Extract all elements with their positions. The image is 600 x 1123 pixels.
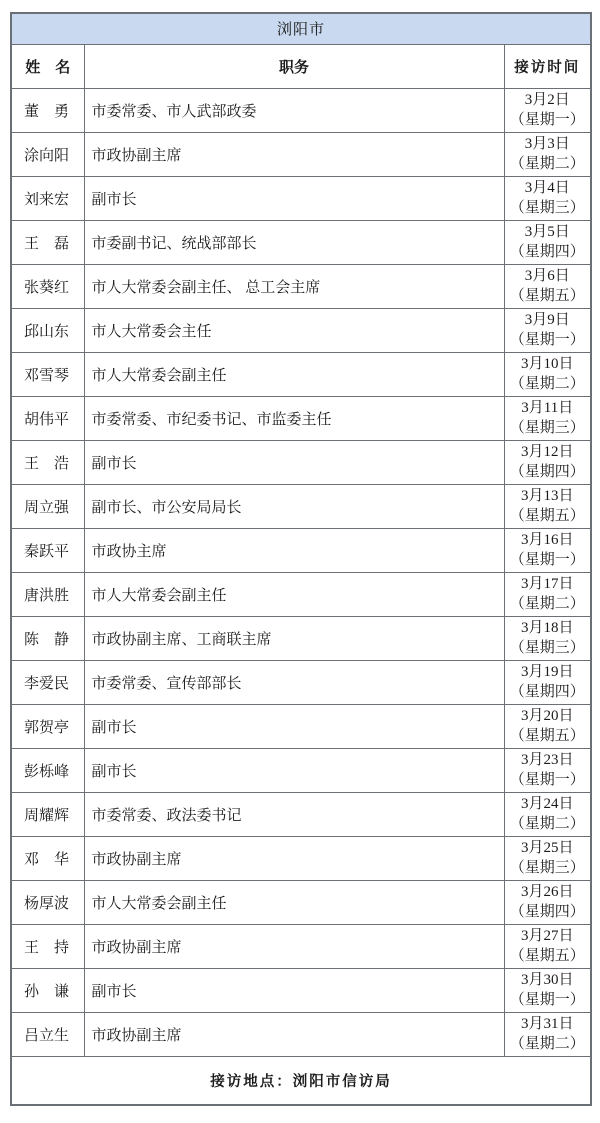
visit-date: 3月2日 xyxy=(505,90,591,110)
visit-weekday: （星期五） xyxy=(505,946,591,966)
visit-time-cell: 3月19日 （星期四） xyxy=(504,660,591,704)
person-position: 市人大常委会副主任、 总工会主席 xyxy=(84,264,504,308)
visit-time-cell: 3月13日 （星期五） xyxy=(504,484,591,528)
table-row: 董 勇 市委常委、市人武部政委 3月2日 （星期一） xyxy=(11,88,591,132)
visit-weekday: （星期一） xyxy=(505,110,591,130)
visit-time-cell: 3月20日 （星期五） xyxy=(504,704,591,748)
person-position: 市政协副主席 xyxy=(84,132,504,176)
visit-weekday: （星期四） xyxy=(505,462,591,482)
column-header-name: 姓 名 xyxy=(11,44,84,88)
person-name: 孙 谦 xyxy=(11,968,84,1012)
person-position: 市委副书记、统战部部长 xyxy=(84,220,504,264)
person-name: 邓雪琴 xyxy=(11,352,84,396)
person-position: 副市长 xyxy=(84,968,504,1012)
visit-date: 3月25日 xyxy=(505,838,591,858)
visit-weekday: （星期四） xyxy=(505,682,591,702)
person-position: 副市长 xyxy=(84,440,504,484)
visit-weekday: （星期四） xyxy=(505,242,591,262)
person-position: 市人大常委会主任 xyxy=(84,308,504,352)
visit-date: 3月26日 xyxy=(505,882,591,902)
person-position: 市人大常委会副主任 xyxy=(84,880,504,924)
table-row: 吕立生 市政协副主席 3月31日 （星期二） xyxy=(11,1012,591,1056)
person-position: 副市长 xyxy=(84,176,504,220)
table-row: 周耀辉 市委常委、政法委书记 3月24日 （星期二） xyxy=(11,792,591,836)
visit-weekday: （星期五） xyxy=(505,726,591,746)
person-name: 张葵红 xyxy=(11,264,84,308)
visit-date: 3月6日 xyxy=(505,266,591,286)
table-row: 杨厚波 市人大常委会副主任 3月26日 （星期四） xyxy=(11,880,591,924)
visit-time-cell: 3月18日 （星期三） xyxy=(504,616,591,660)
table-row: 邓 华 市政协副主席 3月25日 （星期三） xyxy=(11,836,591,880)
table-row: 彭栎峰 副市长 3月23日 （星期一） xyxy=(11,748,591,792)
person-name: 周立强 xyxy=(11,484,84,528)
column-header-time: 接访时间 xyxy=(504,44,591,88)
visit-time-cell: 3月17日 （星期二） xyxy=(504,572,591,616)
visit-date: 3月13日 xyxy=(505,486,591,506)
visit-weekday: （星期二） xyxy=(505,374,591,394)
person-position: 市委常委、政法委书记 xyxy=(84,792,504,836)
visit-weekday: （星期二） xyxy=(505,154,591,174)
footer-row: 接访地点：浏阳市信访局 xyxy=(11,1056,591,1105)
table-row: 王 浩 副市长 3月12日 （星期四） xyxy=(11,440,591,484)
person-name: 王 浩 xyxy=(11,440,84,484)
table-row: 涂向阳 市政协副主席 3月3日 （星期二） xyxy=(11,132,591,176)
city-title-row: 浏阳市 xyxy=(11,13,591,44)
table-row: 胡伟平 市委常委、市纪委书记、市监委主任 3月11日 （星期三） xyxy=(11,396,591,440)
visit-weekday: （星期一） xyxy=(505,770,591,790)
table-row: 孙 谦 副市长 3月30日 （星期一） xyxy=(11,968,591,1012)
person-position: 副市长 xyxy=(84,704,504,748)
visit-time-cell: 3月3日 （星期二） xyxy=(504,132,591,176)
person-position: 市政协副主席 xyxy=(84,836,504,880)
person-name: 胡伟平 xyxy=(11,396,84,440)
table-row: 刘来宏 副市长 3月4日 （星期三） xyxy=(11,176,591,220)
person-position: 副市长 xyxy=(84,748,504,792)
person-position: 市政协副主席 xyxy=(84,924,504,968)
visit-time-cell: 3月2日 （星期一） xyxy=(504,88,591,132)
table-row: 王 持 市政协副主席 3月27日 （星期五） xyxy=(11,924,591,968)
visit-time-cell: 3月9日 （星期一） xyxy=(504,308,591,352)
visit-time-cell: 3月10日 （星期二） xyxy=(504,352,591,396)
visit-date: 3月5日 xyxy=(505,222,591,242)
table-row: 郭贺亭 副市长 3月20日 （星期五） xyxy=(11,704,591,748)
visit-date: 3月19日 xyxy=(505,662,591,682)
person-position: 市委常委、市纪委书记、市监委主任 xyxy=(84,396,504,440)
visit-date: 3月11日 xyxy=(505,398,591,418)
person-name: 杨厚波 xyxy=(11,880,84,924)
person-name: 董 勇 xyxy=(11,88,84,132)
visit-weekday: （星期一） xyxy=(505,330,591,350)
table-row: 张葵红 市人大常委会副主任、 总工会主席 3月6日 （星期五） xyxy=(11,264,591,308)
table-row: 王 磊 市委副书记、统战部部长 3月5日 （星期四） xyxy=(11,220,591,264)
visit-time-cell: 3月11日 （星期三） xyxy=(504,396,591,440)
visit-time-cell: 3月30日 （星期一） xyxy=(504,968,591,1012)
visit-time-cell: 3月31日 （星期二） xyxy=(504,1012,591,1056)
column-header-position: 职务 xyxy=(84,44,504,88)
document-page: 浏阳市 姓 名 职务 接访时间 董 勇 市委常委、市人武部政委 3月2日 （星期… xyxy=(0,0,600,1123)
person-position: 副市长、市公安局局长 xyxy=(84,484,504,528)
visit-date: 3月24日 xyxy=(505,794,591,814)
visit-date: 3月20日 xyxy=(505,706,591,726)
person-name: 王 持 xyxy=(11,924,84,968)
visit-weekday: （星期一） xyxy=(505,550,591,570)
table-row: 李爱民 市委常委、宣传部部长 3月19日 （星期四） xyxy=(11,660,591,704)
visit-date: 3月10日 xyxy=(505,354,591,374)
visit-weekday: （星期三） xyxy=(505,638,591,658)
visit-weekday: （星期三） xyxy=(505,418,591,438)
visit-time-cell: 3月27日 （星期五） xyxy=(504,924,591,968)
person-name: 刘来宏 xyxy=(11,176,84,220)
person-name: 涂向阳 xyxy=(11,132,84,176)
visit-time-cell: 3月5日 （星期四） xyxy=(504,220,591,264)
person-name: 李爱民 xyxy=(11,660,84,704)
person-name: 王 磊 xyxy=(11,220,84,264)
reception-location: 接访地点：浏阳市信访局 xyxy=(11,1056,591,1105)
visit-weekday: （星期三） xyxy=(505,198,591,218)
person-name: 周耀辉 xyxy=(11,792,84,836)
table-row: 邓雪琴 市人大常委会副主任 3月10日 （星期二） xyxy=(11,352,591,396)
table-row: 秦跃平 市政协主席 3月16日 （星期一） xyxy=(11,528,591,572)
visit-date: 3月9日 xyxy=(505,310,591,330)
visit-time-cell: 3月25日 （星期三） xyxy=(504,836,591,880)
visit-time-cell: 3月26日 （星期四） xyxy=(504,880,591,924)
visit-time-cell: 3月12日 （星期四） xyxy=(504,440,591,484)
visit-weekday: （星期一） xyxy=(505,990,591,1010)
visit-date: 3月12日 xyxy=(505,442,591,462)
visit-date: 3月18日 xyxy=(505,618,591,638)
visit-time-cell: 3月16日 （星期一） xyxy=(504,528,591,572)
person-name: 彭栎峰 xyxy=(11,748,84,792)
visit-date: 3月31日 xyxy=(505,1014,591,1034)
visit-weekday: （星期二） xyxy=(505,1034,591,1054)
person-position: 市政协副主席 xyxy=(84,1012,504,1056)
visit-date: 3月27日 xyxy=(505,926,591,946)
person-position: 市政协主席 xyxy=(84,528,504,572)
person-position: 市政协副主席、工商联主席 xyxy=(84,616,504,660)
visit-date: 3月3日 xyxy=(505,134,591,154)
visit-time-cell: 3月24日 （星期二） xyxy=(504,792,591,836)
visit-time-cell: 3月6日 （星期五） xyxy=(504,264,591,308)
visit-weekday: （星期二） xyxy=(505,594,591,614)
person-position: 市委常委、市人武部政委 xyxy=(84,88,504,132)
person-position: 市人大常委会副主任 xyxy=(84,572,504,616)
visit-time-cell: 3月4日 （星期三） xyxy=(504,176,591,220)
visit-date: 3月16日 xyxy=(505,530,591,550)
visit-weekday: （星期五） xyxy=(505,286,591,306)
visit-weekday: （星期四） xyxy=(505,902,591,922)
visit-time-cell: 3月23日 （星期一） xyxy=(504,748,591,792)
person-name: 邓 华 xyxy=(11,836,84,880)
person-name: 陈 静 xyxy=(11,616,84,660)
visit-date: 3月30日 xyxy=(505,970,591,990)
table-row: 邱山东 市人大常委会主任 3月9日 （星期一） xyxy=(11,308,591,352)
visit-date: 3月23日 xyxy=(505,750,591,770)
table-row: 陈 静 市政协副主席、工商联主席 3月18日 （星期三） xyxy=(11,616,591,660)
visit-date: 3月17日 xyxy=(505,574,591,594)
person-name: 秦跃平 xyxy=(11,528,84,572)
person-name: 邱山东 xyxy=(11,308,84,352)
table-row: 唐洪胜 市人大常委会副主任 3月17日 （星期二） xyxy=(11,572,591,616)
visit-weekday: （星期二） xyxy=(505,814,591,834)
city-title: 浏阳市 xyxy=(11,13,591,44)
column-header-row: 姓 名 职务 接访时间 xyxy=(11,44,591,88)
person-position: 市委常委、宣传部部长 xyxy=(84,660,504,704)
person-name: 吕立生 xyxy=(11,1012,84,1056)
reception-schedule-table: 浏阳市 姓 名 职务 接访时间 董 勇 市委常委、市人武部政委 3月2日 （星期… xyxy=(10,12,592,1106)
visit-weekday: （星期三） xyxy=(505,858,591,878)
visit-date: 3月4日 xyxy=(505,178,591,198)
person-name: 郭贺亭 xyxy=(11,704,84,748)
visit-weekday: （星期五） xyxy=(505,506,591,526)
table-row: 周立强 副市长、市公安局局长 3月13日 （星期五） xyxy=(11,484,591,528)
person-name: 唐洪胜 xyxy=(11,572,84,616)
person-position: 市人大常委会副主任 xyxy=(84,352,504,396)
